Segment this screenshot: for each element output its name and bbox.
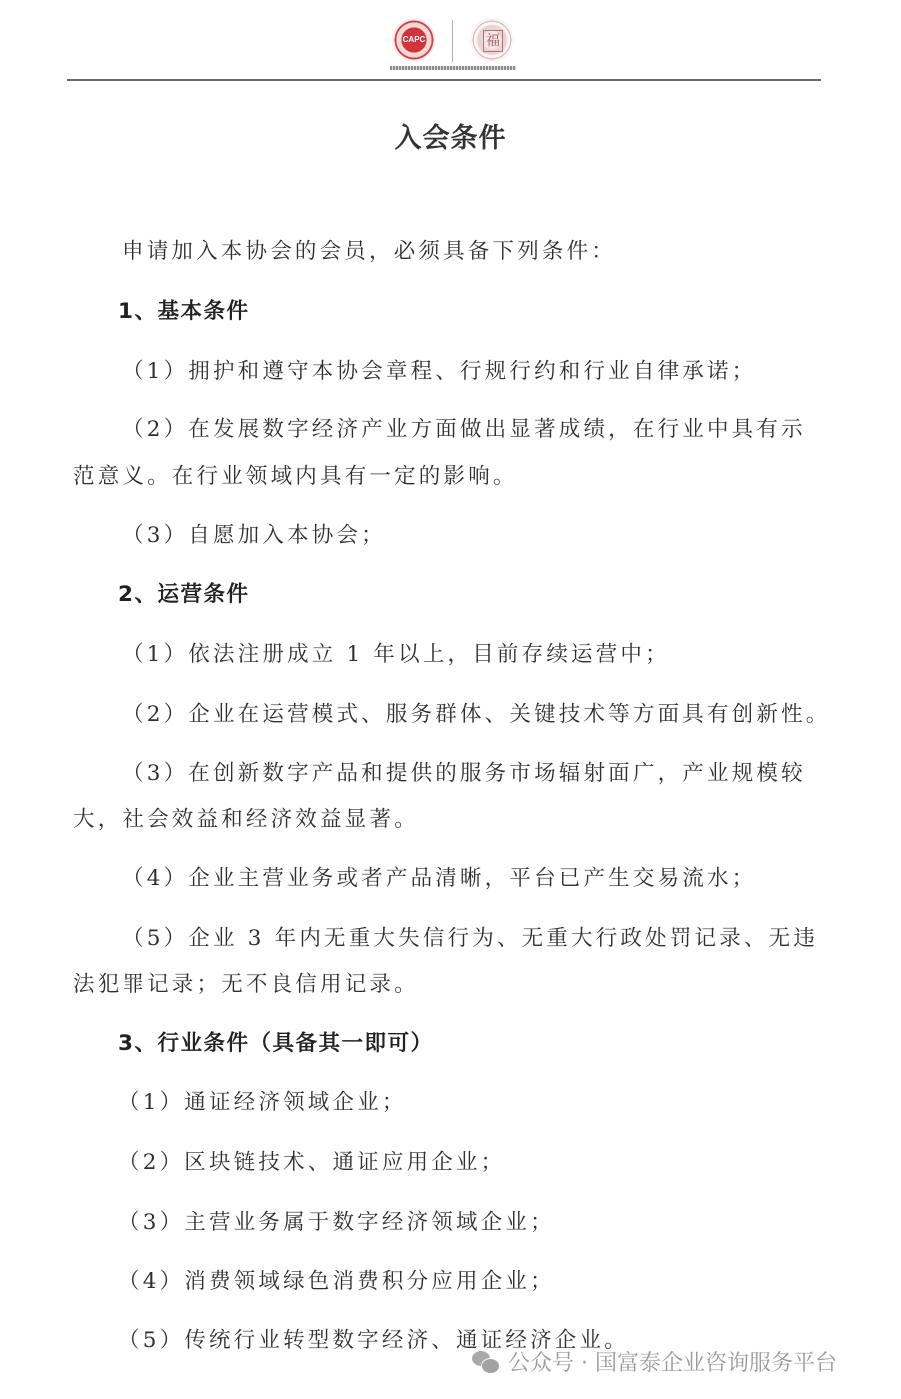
list-item: （5）企业 3 年内无重大失信行为、无重大行政处罚记录、无违 (122, 921, 818, 952)
logo-caption (390, 66, 516, 70)
document-header: CAPC 福 (0, 0, 901, 82)
section-heading-operations: 2、运营条件 (118, 577, 249, 608)
list-item: （2）区块链技术、通证应用企业； (118, 1145, 505, 1176)
list-item-continuation: 范意义。在行业领域内具有一定的影响。 (73, 459, 518, 490)
watermark-text: 公众号 · 国富泰企业咨询服务平台 (508, 1346, 837, 1377)
list-item: （4）消费领域绿色消费积分应用企业； (118, 1264, 555, 1295)
page-title: 入会条件 (0, 116, 901, 155)
header-logos: CAPC 福 (388, 18, 530, 68)
intro-paragraph: 申请加入本协会的会员，必须具备下列条件： (122, 234, 616, 265)
list-item: （2）在发展数字经济产业方面做出显著成绩，在行业中具有示 (122, 412, 806, 443)
logo-divider (452, 20, 453, 62)
list-item: （3）自愿加入本协会； (122, 518, 386, 549)
section-heading-industry: 3、行业条件（具备其一即可） (118, 1026, 433, 1057)
seal-logo-icon: 福 (470, 18, 514, 62)
list-item: （4）企业主营业务或者产品清晰，平台已产生交易流水； (122, 861, 756, 892)
list-item: （1）拥护和遵守本协会章程、行规行约和行业自律承诺； (122, 354, 756, 385)
list-item: （1）通证经济领域企业； (118, 1085, 407, 1116)
header-divider (67, 79, 821, 81)
list-item-continuation: 大，社会效益和经济效益显著。 (73, 802, 419, 833)
list-item-continuation: 法犯罪记录；无不良信用记录。 (73, 967, 419, 998)
list-item: （2）企业在运营模式、服务群体、关键技术等方面具有创新性。 (122, 697, 830, 728)
capc-logo-text: CAPC (392, 35, 436, 44)
capc-logo-icon: CAPC (392, 18, 436, 62)
list-item: （3）在创新数字产品和提供的服务市场辐射面广，产业规模较 (122, 756, 806, 787)
list-item: （1）依法注册成立 1 年以上，目前存续运营中； (122, 637, 670, 668)
section-heading-basic: 1、基本条件 (118, 294, 249, 325)
wechat-icon (472, 1349, 500, 1375)
list-item: （3）主营业务属于数字经济领域企业； (118, 1205, 555, 1236)
wechat-watermark: 公众号 · 国富泰企业咨询服务平台 (472, 1346, 837, 1377)
seal-logo-glyph: 福 (483, 30, 503, 52)
